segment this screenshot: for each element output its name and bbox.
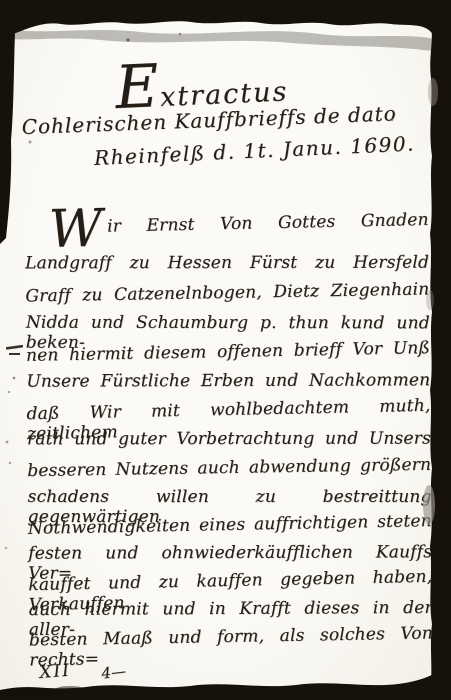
- handwriting-layer: Extractus Cohlerischen Kauffbrieffs de d…: [0, 0, 451, 700]
- body-line: Wir Ernst Von Gottes Gnaden: [49, 210, 429, 238]
- body-line: schadens willen zu bestreittung gegenwär…: [28, 487, 432, 527]
- folio-mark: XII: [39, 661, 72, 683]
- body-line: Unsere Fürstliche Erben und Nachkommen: [26, 370, 430, 391]
- folio-secondary-mark: 4—: [100, 662, 126, 683]
- body-line: Landgraff zu Hessen Fürst zu Hersfeld: [25, 253, 429, 274]
- body-line: besseren Nutzens auch abwendung größern: [27, 455, 431, 481]
- body-line: Graff zu Catzenelnbogen, Dietz Ziegenhai…: [25, 279, 429, 306]
- manuscript-scan-page: Extractus Cohlerischen Kauffbrieffs de d…: [0, 0, 451, 700]
- heading-date-line: Rheinfelß d. 1t. Janu. 1690.: [94, 131, 416, 170]
- body-line: rath und guter Vorbetrachtung und Unsers: [27, 429, 431, 450]
- body-line: besten Maaß und form, als solches Von re…: [29, 623, 434, 670]
